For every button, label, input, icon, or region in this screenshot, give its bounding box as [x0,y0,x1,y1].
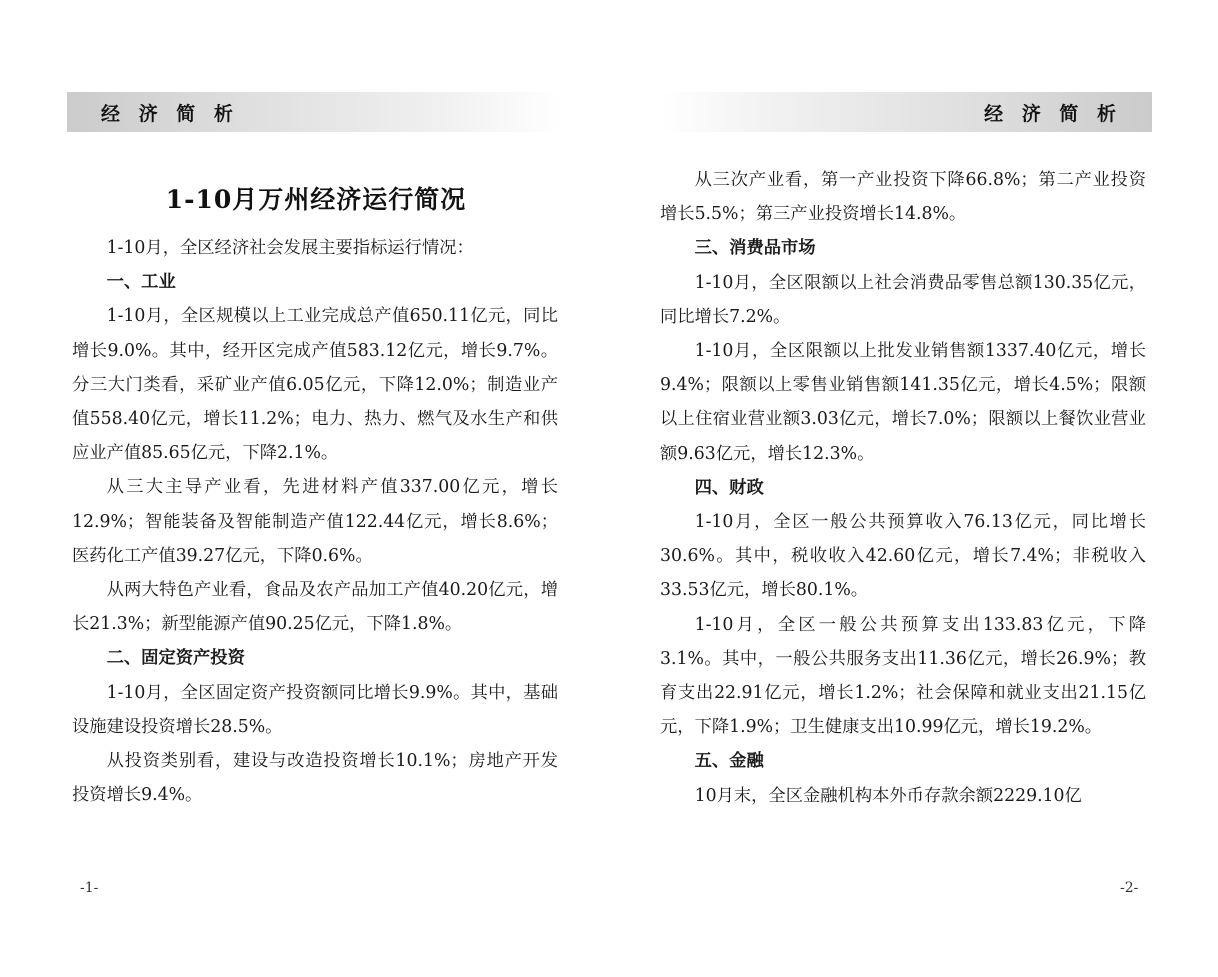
right-page-content: 从三次产业看，第一产业投资下降66.8%；第二产业投资增长5.5%；第三产业投资… [660,163,1146,813]
investment-paragraph-2: 从投资类别看，建设与改造投资增长10.1%；房地产开发投资增长9.4%。 [72,744,558,812]
investment-paragraph-1: 1-10月，全区固定资产投资额同比增长9.9%。其中，基础设施建设投资增长28.… [72,676,558,744]
left-header-title: 经 济 简 析 [101,99,239,126]
section-heading-consumer: 三、消费品市场 [660,231,1146,265]
industry-paragraph-2: 从三大主导产业看，先进材料产值337.00亿元，增长12.9%；智能装备及智能制… [72,470,558,573]
section-heading-banking: 五、金融 [660,744,1146,778]
article-title: 1-10月万州经济运行简况 [72,180,560,216]
banking-paragraph-1: 10月末，全区金融机构本外币存款余额2229.10亿 [660,779,1146,813]
industry-paragraph-3: 从两大特色产业看，食品及农产品加工产值40.20亿元，增长21.3%；新型能源产… [72,573,558,641]
left-header-band: 经 济 简 析 [67,92,562,132]
section-heading-industry: 一、工业 [72,265,558,299]
section-heading-investment: 二、固定资产投资 [72,641,558,675]
investment-continued-paragraph: 从三次产业看，第一产业投资下降66.8%；第二产业投资增长5.5%；第三产业投资… [660,163,1146,231]
finance-paragraph-1: 1-10月，全区一般公共预算收入76.13亿元，同比增长30.6%。其中，税收收… [660,505,1146,608]
consumer-paragraph-2: 1-10月，全区限额以上批发业销售额1337.40亿元，增长9.4%；限额以上零… [660,334,1146,471]
right-page: 经 济 简 析 从三次产业看，第一产业投资下降66.8%；第二产业投资增长5.5… [609,0,1218,977]
right-header-band: 经 济 简 析 [660,92,1152,132]
finance-paragraph-2: 1-10月，全区一般公共预算支出133.83亿元，下降3.1%。其中，一般公共服… [660,608,1146,745]
page-number-right: -2- [1120,880,1138,896]
industry-paragraph-1: 1-10月，全区规模以上工业完成总产值650.11亿元，同比增长9.0%。其中，… [72,299,558,470]
left-page-content: 1-10月，全区经济社会发展主要指标运行情况： 一、工业 1-10月，全区规模以… [72,231,558,812]
left-page: 经 济 简 析 1-10月万州经济运行简况 1-10月，全区经济社会发展主要指标… [0,0,609,977]
right-header-title: 经 济 简 析 [984,99,1122,126]
section-heading-finance: 四、财政 [660,471,1146,505]
consumer-paragraph-1: 1-10月，全区限额以上社会消费品零售总额130.35亿元，同比增长7.2%。 [660,266,1146,334]
page-number-left: -1- [80,880,98,896]
intro-paragraph: 1-10月，全区经济社会发展主要指标运行情况： [72,231,558,265]
